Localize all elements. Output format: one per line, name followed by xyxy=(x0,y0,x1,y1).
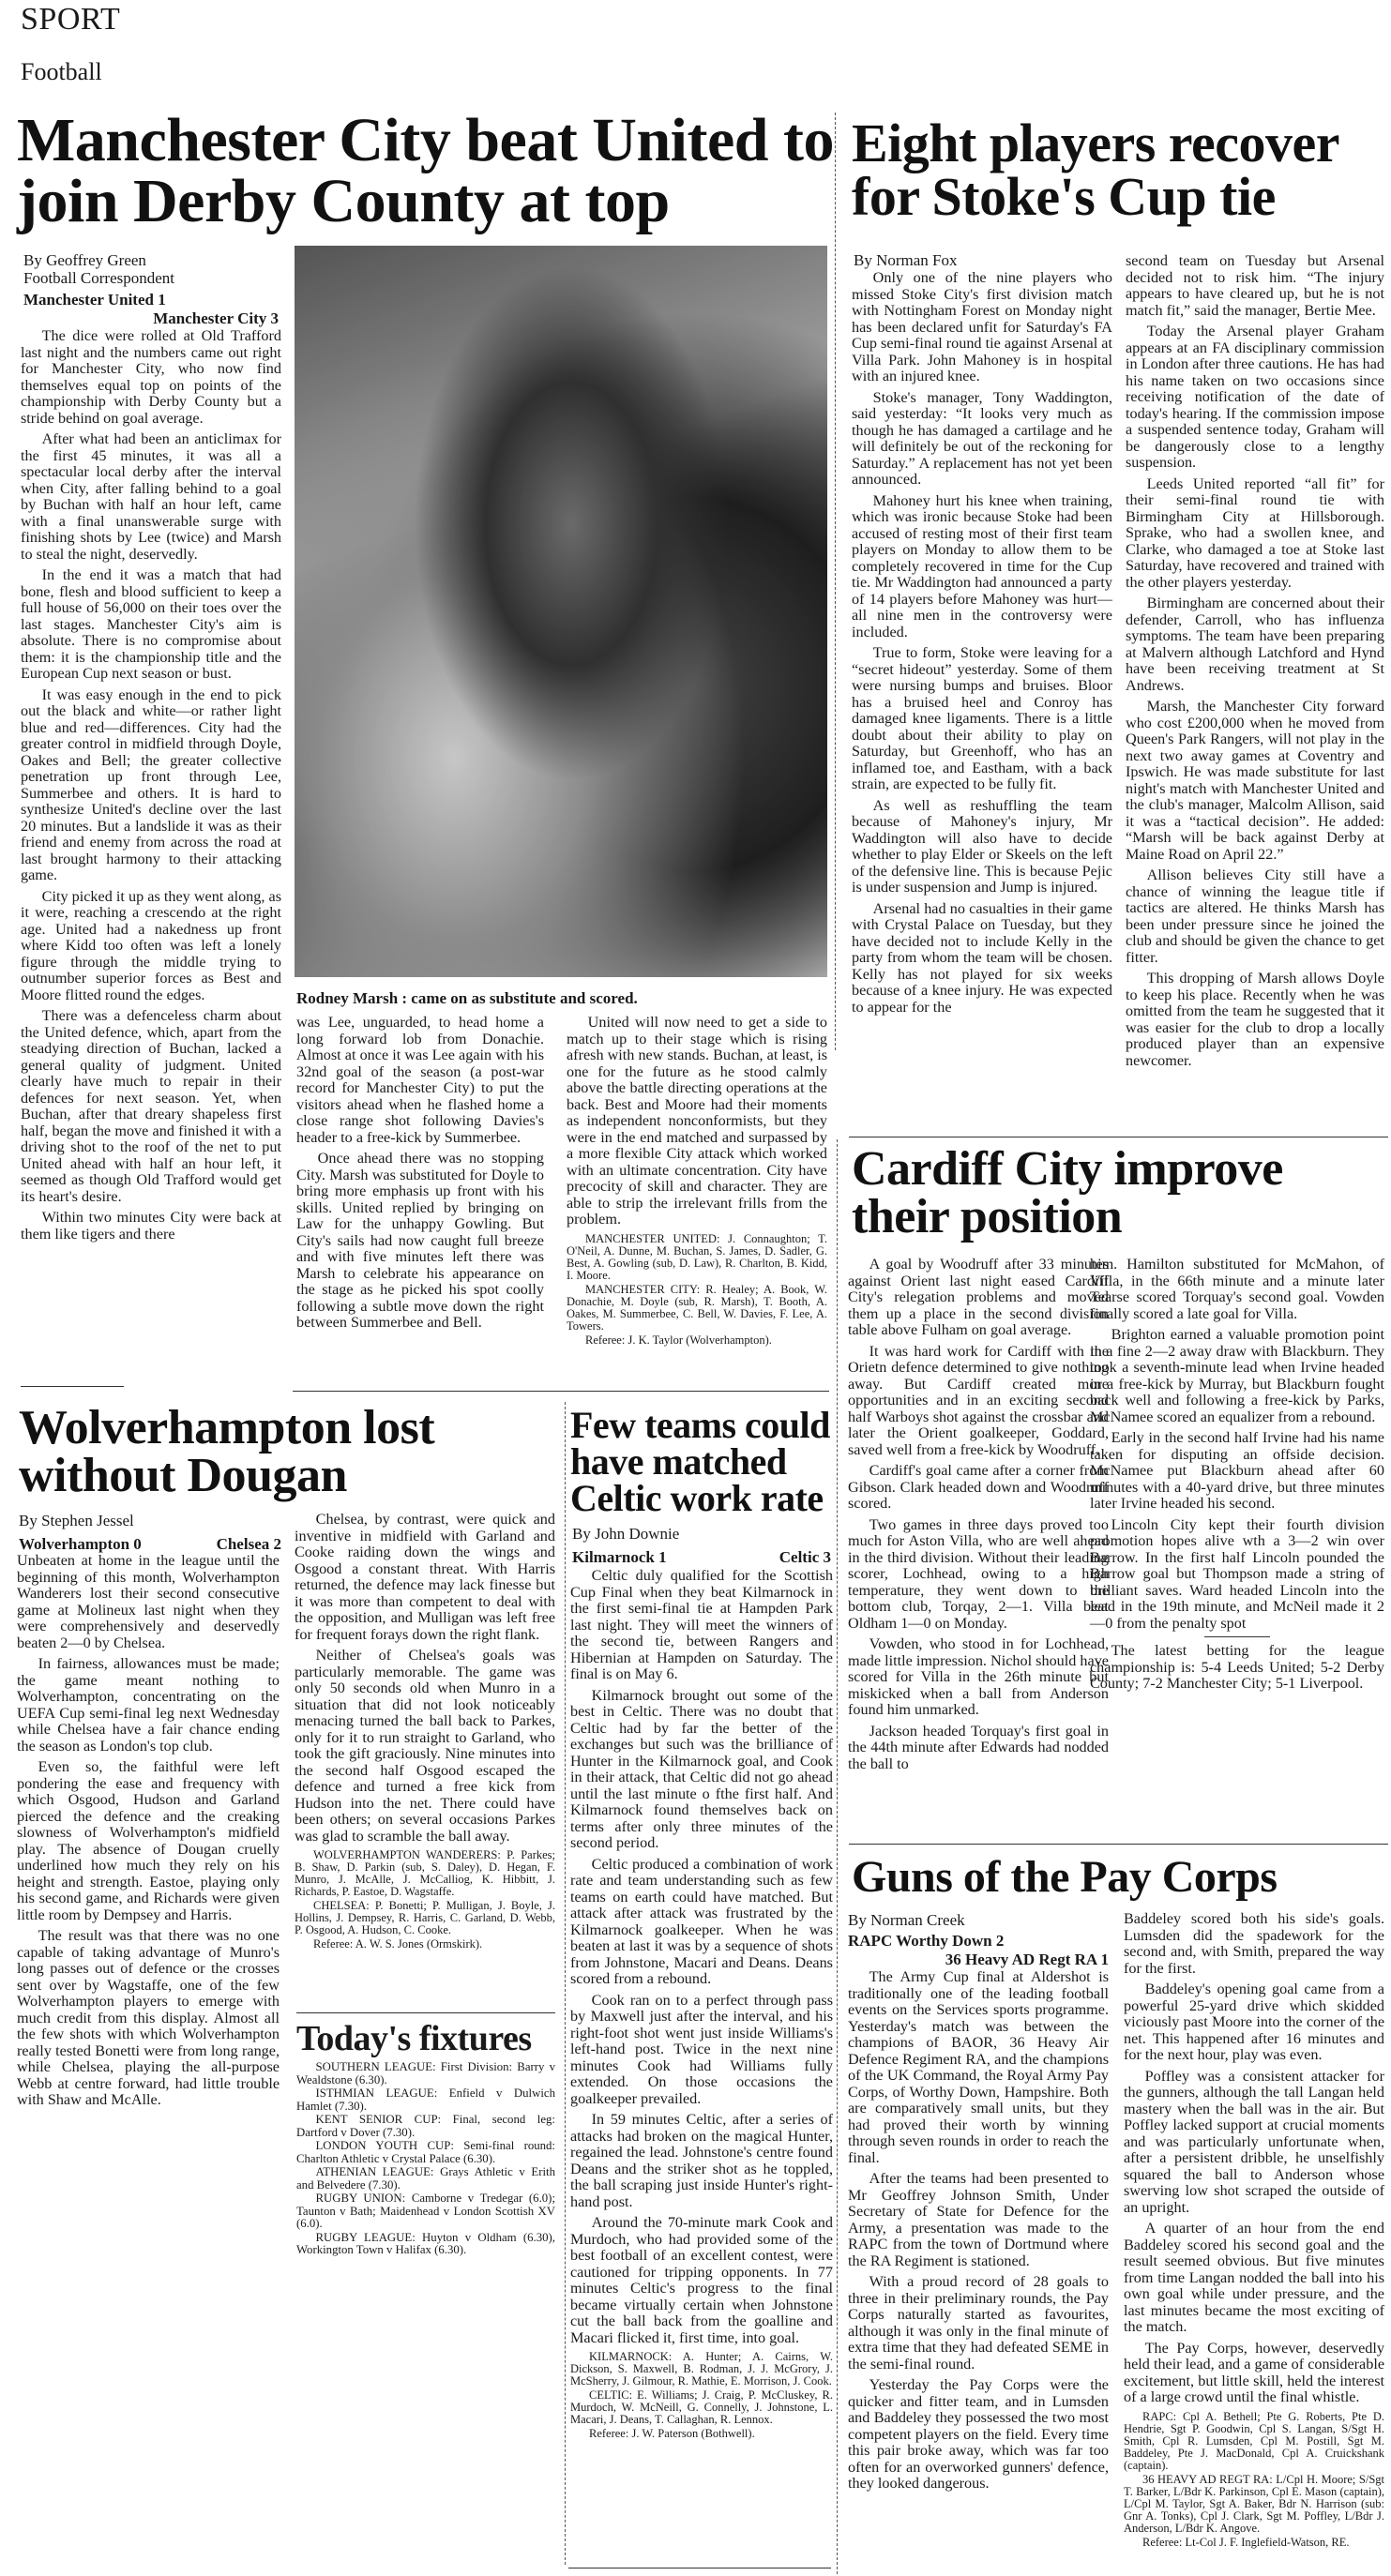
divider xyxy=(21,1386,124,1387)
city-column-2: was Lee, unguarded, to head home a long … xyxy=(296,1015,544,1336)
wolves-headline: Wolverhampton lost without Dougan xyxy=(19,1405,563,1500)
photo-caption: Rodney Marsh : came on as substitute and… xyxy=(296,989,638,1008)
wolves-team-lineups: WOLVERHAMPTON WANDERERS: P. Parkes; B. S… xyxy=(295,1849,555,1951)
divider xyxy=(849,1844,1388,1845)
city-column-1: The dice were rolled at Old Trafford las… xyxy=(21,328,281,1247)
divider xyxy=(849,1137,1388,1137)
fixture-item: SOUTHERN LEAGUE: First Division: Barry v… xyxy=(296,2061,555,2086)
city-column-3: United will now need to get a side to ma… xyxy=(567,1015,827,1348)
cardiff-headline: Cardiff City improve their position xyxy=(852,1146,1391,1242)
fixture-item: RUGBY LEAGUE: Huyton v Oldham (6.30), Wo… xyxy=(296,2232,555,2257)
army-column-1: The Army Cup final at Aldershot is tradi… xyxy=(848,1969,1109,2497)
city-team-lineups: MANCHESTER UNITED: J. Connaughton; T. O'… xyxy=(567,1233,827,1347)
army-score: RAPC Worthy Down 2 36 Heavy AD Regt RA 1 xyxy=(848,1932,1109,1969)
wolves-column-2: Chelsea, by contrast, were quick and inv… xyxy=(295,1512,555,1952)
cardiff-column-2: him. Hamilton substituted for McMahon, o… xyxy=(1090,1257,1384,1697)
cardiff-column-1: A goal by Woodruff after 33 minutes agai… xyxy=(848,1257,1109,1777)
celtic-column: Celtic duly qualified for the Scottish C… xyxy=(570,1568,833,2442)
divider xyxy=(296,2012,555,2013)
fixtures-list: SOUTHERN LEAGUE: First Division: Barry v… xyxy=(296,2061,555,2258)
wolves-score: Wolverhampton 0 Chelsea 2 xyxy=(19,1535,281,1554)
celtic-team-lineups: KILMARNOCK: A. Hunter; A. Cairns, W. Dic… xyxy=(570,2351,833,2440)
column-divider xyxy=(837,1139,838,2574)
fixtures-title: Today's fixtures xyxy=(296,2018,532,2059)
wolves-byline: By Stephen Jessel xyxy=(19,1512,134,1529)
celtic-score: Kilmarnock 1 Celtic 3 xyxy=(572,1548,831,1567)
army-byline: By Norman Creek xyxy=(848,1911,965,1929)
column-divider xyxy=(565,1402,566,2565)
celtic-byline: By John Downie xyxy=(572,1525,679,1543)
fixture-item: ISTHMIAN LEAGUE: Enfield v Dulwich Hamle… xyxy=(296,2087,555,2113)
section-label: SPORT xyxy=(21,2,120,38)
army-headline: Guns of the Pay Corps xyxy=(852,1855,1391,1899)
city-score: Manchester United 1 Manchester City 3 xyxy=(23,291,279,328)
divider xyxy=(293,1391,829,1392)
wolves-column-1: Unbeaten at home in the league until the… xyxy=(17,1553,280,2114)
fixture-item: KENT SENIOR CUP: Final, second leg: Dart… xyxy=(296,2114,555,2139)
fixture-item: LONDON YOUTH CUP: Semi-final round: Char… xyxy=(296,2140,555,2165)
fixture-item: RUGBY UNION: Camborne v Tredegar (6.0); … xyxy=(296,2192,555,2231)
column-divider xyxy=(835,113,836,1050)
stoke-byline: By Norman Fox xyxy=(854,251,958,269)
celtic-headline: Few teams could have matched Celtic work… xyxy=(570,1407,838,1517)
stoke-column-2: second team on Tuesday but Arsenal decid… xyxy=(1126,253,1384,1074)
divider xyxy=(1204,1636,1270,1637)
stoke-headline: Eight players recover for Stoke's Cup ti… xyxy=(852,117,1391,224)
subsection-label: Football xyxy=(21,58,102,86)
stoke-column-1: Only one of the nine players who missed … xyxy=(852,270,1112,1020)
fixture-item: ATHENIAN LEAGUE: Grays Athletic v Erith … xyxy=(296,2166,555,2192)
city-byline: By Geoffrey Green Football Correspondent xyxy=(23,251,277,287)
divider xyxy=(568,2568,831,2568)
army-column-2: Baddeley scored both his side's goals. L… xyxy=(1124,1911,1384,2551)
army-team-lineups: RAPC: Cpl A. Bethell; Pte G. Roberts, Pt… xyxy=(1124,2411,1384,2549)
city-headline: Manchester City beat United to join Derb… xyxy=(17,111,842,232)
rodney-marsh-photo xyxy=(295,246,827,977)
